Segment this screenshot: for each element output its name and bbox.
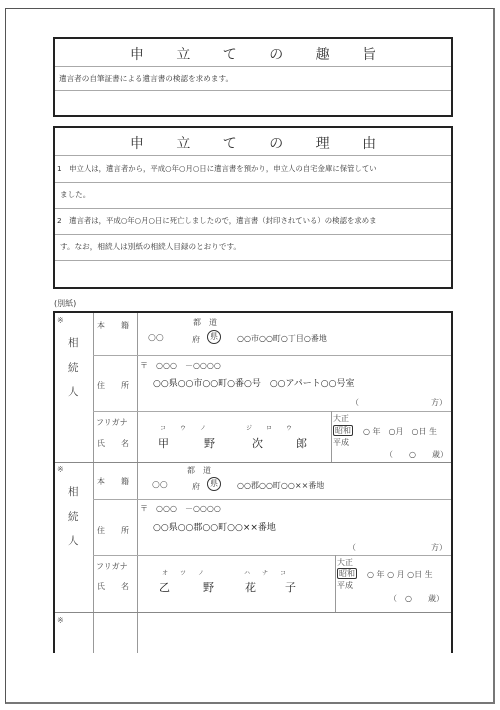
era-showa-selected: 昭和	[333, 425, 353, 436]
jusho-label: 住 所	[97, 380, 129, 391]
divider	[55, 155, 451, 156]
heir-mark: ※	[57, 316, 64, 325]
reason-line-3: 2 遺言者は，平成○年○月○日に死亡しましたので，遺言書（封印されている）の検認…	[57, 215, 377, 226]
row-divider	[93, 499, 451, 500]
heir-side-label-char: 続	[68, 509, 79, 524]
divider	[55, 90, 451, 91]
purpose-title: 申 立 て の 趣 旨	[55, 44, 451, 64]
honseki-pref: ○○	[148, 333, 164, 343]
name-value: 甲野次郎	[158, 435, 316, 451]
heir-side-label-char: 相	[68, 484, 79, 499]
birth-column-divider	[331, 411, 332, 463]
heir-block-2: ※ 相 続 人 本 籍 都 道 ○○ 府 県 ○○郡○○町○○××番地 〒 ○○…	[55, 462, 451, 613]
furigana-value: コウノジロウ	[160, 423, 306, 432]
age: （ ○ 歳）	[385, 449, 448, 460]
pref-ken-selected: 県	[207, 330, 221, 344]
birth-date: ○ 年 ○月 ○日 生	[363, 426, 437, 437]
row-divider	[93, 555, 451, 556]
row-divider	[93, 411, 451, 412]
kata-close: 方）	[431, 542, 447, 553]
reason-line-1: 1 申立人は，遺言者から，平成○年○月○日に遺言書を預かり，申立人の自宅金庫に保…	[57, 163, 377, 174]
reason-line-2: ました。	[60, 189, 90, 200]
age: （ ○ 歳）	[389, 593, 444, 604]
divider	[55, 234, 451, 235]
honseki-pref: ○○	[152, 480, 168, 490]
address: ○○県○○郡○○町○○××番地	[153, 520, 276, 533]
heir-mark: ※	[57, 616, 64, 625]
reason-line-4: す。なお，相続人は別紙の相続人目録のとおりです。	[60, 241, 241, 252]
postal-code: 〒 ○○○ －○○○○	[140, 503, 221, 514]
kata-close: 方）	[431, 397, 447, 408]
row-divider	[93, 355, 451, 356]
honseki-address: ○○郡○○町○○××番地	[237, 480, 324, 491]
divider	[55, 66, 451, 67]
honseki-address: ○○市○○町○丁目○番地	[237, 333, 327, 344]
pref-ken-selected: 県	[207, 477, 221, 491]
purpose-line-1: 遺言者の自筆証書による遺言書の検認を求めます。	[59, 73, 233, 84]
kata-open: （	[351, 397, 359, 408]
heir-mark: ※	[57, 465, 64, 474]
jusho-label: 住 所	[97, 525, 129, 536]
heir-side-label-char: 人	[68, 384, 79, 399]
honseki-label: 本 籍	[97, 476, 129, 487]
address: ○○県○○市○○町○番○号 ○○アパート○○号室	[153, 376, 355, 389]
pref-fu-option: 府	[192, 481, 200, 492]
shimei-label: 氏 名	[97, 581, 129, 592]
honseki-label: 本 籍	[97, 320, 129, 331]
birth-date: ○ 年 ○ 月 ○日 生	[367, 569, 433, 580]
heir-side-label-char: 人	[68, 533, 79, 548]
furigana-value: オツノハナコ	[162, 568, 298, 577]
attachment-label: (別紙)	[54, 298, 76, 309]
heirs-table: ※ 相 続 人 本 籍 都 道 ○○ 府 県 ○○市○○町○丁目○番地 〒 ○○…	[53, 311, 453, 653]
heir-block-1: ※ 相 続 人 本 籍 都 道 ○○ 府 県 ○○市○○町○丁目○番地 〒 ○○…	[55, 313, 451, 463]
shimei-label: 氏 名	[97, 438, 129, 449]
purpose-section: 申 立 て の 趣 旨 遺言者の自筆証書による遺言書の検認を求めます。	[53, 37, 453, 117]
era-showa-selected: 昭和	[337, 568, 357, 579]
pref-fu-option: 府	[192, 334, 200, 345]
kata-open: （	[348, 542, 356, 553]
pref-to-do-option: 都 道	[193, 317, 217, 328]
reason-section: 申 立 て の 理 由 1 申立人は，遺言者から，平成○年○月○日に遺言書を預か…	[53, 126, 453, 289]
era-taisho: 大正	[333, 413, 349, 424]
postal-code: 〒 ○○○ －○○○○	[140, 360, 221, 371]
heir-block-3: ※	[55, 613, 451, 655]
furigana-label: フリガナ	[96, 417, 128, 428]
reason-title: 申 立 て の 理 由	[55, 133, 451, 153]
divider	[55, 182, 451, 183]
furigana-label: フリガナ	[96, 561, 128, 572]
divider	[55, 260, 451, 261]
era-heisei: 平成	[333, 437, 349, 448]
name-value: 乙野花子	[159, 579, 305, 595]
divider	[55, 208, 451, 209]
era-taisho: 大正	[337, 557, 353, 568]
heir-side-label-char: 続	[68, 360, 79, 375]
birth-column-divider	[335, 555, 336, 613]
heir-side-label-char: 相	[68, 335, 79, 350]
pref-to-do-option: 都 道	[187, 465, 211, 476]
era-heisei: 平成	[337, 580, 353, 591]
